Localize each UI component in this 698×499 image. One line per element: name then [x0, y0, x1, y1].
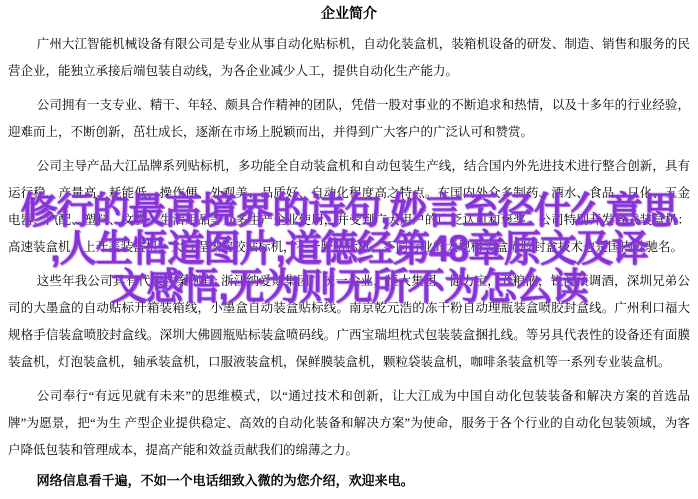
closing-line: 网络信息看千遍，不如一个电话细致入微的为您介绍，欢迎来电。: [8, 471, 690, 491]
paragraph-company-intro: 广州大江智能机械设备有限公司是专业从事自动化贴标机，自动化装盒机，装箱机设备的研…: [8, 31, 690, 85]
paragraph-cases: 这些年我公司具有代表性案例有: 浙江纳爱斯集团，统一企业，恒大集团，健力宝，五粮…: [8, 268, 690, 376]
paragraph-vision: 公司奉行“有远见就有未来”的思维模式，以“通过技术和创新，让大江成为中国自动化包…: [8, 383, 690, 464]
paragraph-products: 公司主导产品大江品牌系列贴标机，多功能全自动装盒机和自动包装生产线，结合国内外先…: [8, 153, 690, 261]
page-title: 企业简介: [8, 5, 690, 25]
document-content: 企业简介 广州大江智能机械设备有限公司是专业从事自动化贴标机，自动化装盒机，装箱…: [0, 0, 698, 491]
document-page: 企业简介 广州大江智能机械设备有限公司是专业从事自动化贴标机，自动化装盒机，装箱…: [0, 0, 698, 499]
paragraph-team: 公司拥有一支专业、精干、年轻、颇具合作精神的团队，凭借一股对事业的不断追求和热情…: [8, 92, 690, 146]
